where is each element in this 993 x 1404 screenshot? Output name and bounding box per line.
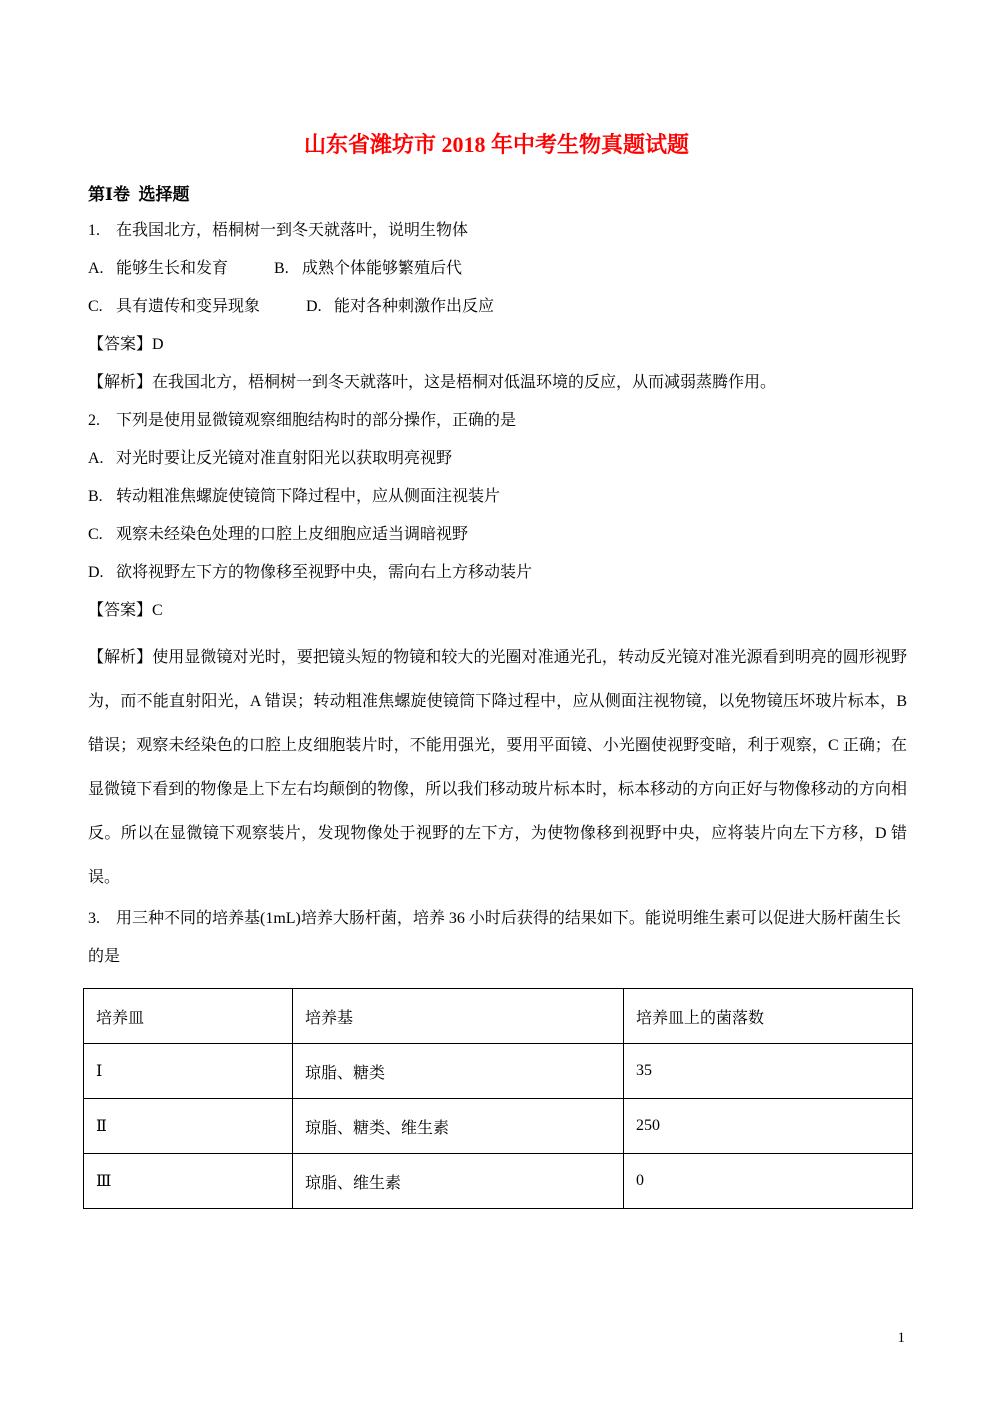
question-3: 3.用三种不同的培养基(1mL)培养大肠杆菌，培养 36 小时后获得的结果如下。… [88,900,907,1209]
table-row: Ⅰ 琼脂、糖类 35 [84,1044,913,1099]
question-1-stem: 1.在我国北方，梧桐树一到冬天就落叶，说明生物体 [88,212,907,250]
analysis-label: 【解析】 [88,374,152,391]
option-c-label: C. [88,516,116,554]
question-3-number: 3. [88,900,116,938]
question-1-options-ab: A.能够生长和发育B.成熟个体能够繁殖后代 [88,250,907,288]
option-b-label: B. [88,478,116,516]
option-d-label: D. [88,554,116,592]
question-2-option-d: D.欲将视野左下方的物像移至视野中央，需向右上方移动装片 [88,554,907,592]
option-d: D.能对各种刺激作出反应 [306,298,494,315]
option-a-label: A. [88,250,116,288]
cell-colony-count: 250 [624,1099,913,1154]
analysis-text: 在我国北方，梧桐树一到冬天就落叶，这是梧桐对低温环境的反应，从而减弱蒸腾作用。 [152,374,776,391]
answer-label: 【答案】 [88,336,152,353]
answer-value: C [152,602,163,619]
option-a: A.能够生长和发育 [88,260,228,277]
question-2-stem-text: 下列是使用显微镜观察细胞结构时的部分操作，正确的是 [116,412,516,429]
answer-value: D [152,336,164,353]
header-dish: 培养皿 [84,989,293,1044]
option-c: C.具有遗传和变异现象 [88,298,260,315]
question-1-answer: 【答案】D [88,326,907,364]
section-heading: 第Ⅰ卷 选择题 [88,178,907,212]
document-body: 第Ⅰ卷 选择题 1.在我国北方，梧桐树一到冬天就落叶，说明生物体 A.能够生长和… [0,178,993,1209]
question-1-number: 1. [88,212,116,250]
option-d-label: D. [306,288,334,326]
cell-medium: 琼脂、糖类 [293,1044,624,1099]
analysis-text: 使用显微镜对光时，要把镜头短的物镜和较大的光圈对准通光孔，转动反光镜对准光源看到… [88,649,911,886]
cell-dish: Ⅲ [84,1154,293,1209]
doc-title: 山东省潍坊市 2018 年中考生物真题试题 [0,130,993,160]
question-2-option-a: A.对光时要让反光镜对准直射阳光以获取明亮视野 [88,440,907,478]
option-c-text: 具有遗传和变异现象 [116,298,260,315]
option-d-text: 能对各种刺激作出反应 [334,298,494,315]
option-b-text: 成熟个体能够繁殖后代 [302,260,462,277]
analysis-label: 【解析】 [88,649,152,666]
question-3-stem: 3.用三种不同的培养基(1mL)培养大肠杆菌，培养 36 小时后获得的结果如下。… [88,900,907,976]
question-2-number: 2. [88,402,116,440]
option-c-label: C. [88,288,116,326]
table-row: Ⅱ 琼脂、糖类、维生素 250 [84,1099,913,1154]
option-b-label: B. [274,250,302,288]
table-row: Ⅲ 琼脂、维生素 0 [84,1154,913,1209]
question-3-stem-text: 用三种不同的培养基(1mL)培养大肠杆菌，培养 36 小时后获得的结果如下。能说… [88,910,901,965]
cell-colony-count: 35 [624,1044,913,1099]
answer-label: 【答案】 [88,602,152,619]
option-c-text: 观察未经染色处理的口腔上皮细胞应适当调暗视野 [116,526,468,543]
culture-table: 培养皿 培养基 培养皿上的菌落数 Ⅰ 琼脂、糖类 35 Ⅱ 琼脂、糖类、维生素 … [83,988,913,1209]
cell-dish: Ⅰ [84,1044,293,1099]
option-a-text: 对光时要让反光镜对准直射阳光以获取明亮视野 [116,450,452,467]
option-a-text: 能够生长和发育 [116,260,228,277]
question-2-stem: 2.下列是使用显微镜观察细胞结构时的部分操作，正确的是 [88,402,907,440]
page: { "meta": { "title": "山东省潍坊市 2018 年中考生物真… [0,0,993,1404]
question-2-analysis: 【解析】使用显微镜对光时，要把镜头短的物镜和较大的光圈对准通光孔，转动反光镜对准… [88,636,907,900]
question-2: 2.下列是使用显微镜观察细胞结构时的部分操作，正确的是 A.对光时要让反光镜对准… [88,402,907,900]
table-header-row: 培养皿 培养基 培养皿上的菌落数 [84,989,913,1044]
option-b-text: 转动粗准焦螺旋使镜筒下降过程中，应从侧面注视装片 [116,488,500,505]
question-1-stem-text: 在我国北方，梧桐树一到冬天就落叶，说明生物体 [116,222,468,239]
option-b: B.成熟个体能够繁殖后代 [274,260,462,277]
page-number: 1 [898,1328,906,1348]
cell-colony-count: 0 [624,1154,913,1209]
cell-medium: 琼脂、维生素 [293,1154,624,1209]
header-medium: 培养基 [293,989,624,1044]
question-2-option-c: C.观察未经染色处理的口腔上皮细胞应适当调暗视野 [88,516,907,554]
cell-medium: 琼脂、糖类、维生素 [293,1099,624,1154]
option-a-label: A. [88,440,116,478]
question-2-option-b: B.转动粗准焦螺旋使镜筒下降过程中，应从侧面注视装片 [88,478,907,516]
option-d-text: 欲将视野左下方的物像移至视野中央，需向右上方移动装片 [116,564,532,581]
cell-dish: Ⅱ [84,1099,293,1154]
question-1-analysis: 【解析】在我国北方，梧桐树一到冬天就落叶，这是梧桐对低温环境的反应，从而减弱蒸腾… [88,364,907,402]
question-1: 1.在我国北方，梧桐树一到冬天就落叶，说明生物体 A.能够生长和发育B.成熟个体… [88,212,907,402]
header-colony-count: 培养皿上的菌落数 [624,989,913,1044]
question-1-options-cd: C.具有遗传和变异现象D.能对各种刺激作出反应 [88,288,907,326]
question-2-answer: 【答案】C [88,592,907,630]
